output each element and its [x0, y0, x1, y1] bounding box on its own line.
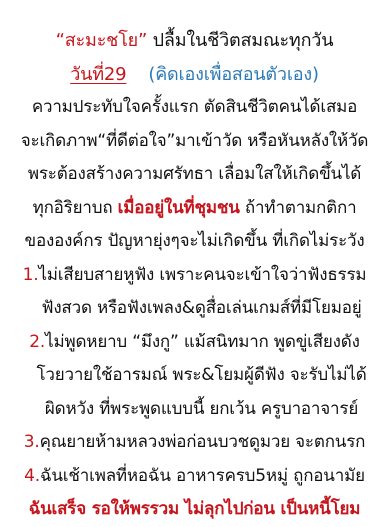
item-1-line-2: ฟังสวด หรือฟังเพลง&ดูสื่อเล่นเกมส์ที่มีโ…: [0, 292, 389, 326]
item-4-line-1: 4.ฉันเช้าเพลที่หอฉัน อาหารครบ5หมู่ ถูกอน…: [0, 460, 389, 494]
intro-line-3: พระต้องสร้างความศรัทธา เลื่อมใสให้เกิดขึ…: [0, 158, 389, 192]
item-2-line-2: โวยวายใช้อารมณ์ พระ&โยมผู้ดีฟัง จะรับไม่…: [0, 359, 389, 393]
intro-line-4-pre: ทุกอิริยาบถ: [33, 198, 118, 218]
intro-highlight: เมื่ออยู่ในที่ชุมชน: [118, 198, 240, 218]
item-2-line-1: 2.ไม่พูดหยาบ “มึงกู” แม้สนิทมาก พูดขู่เส…: [0, 326, 389, 360]
item-1-line-1: 1.ไม่เสียบสายหูฟัง เพราะคนจะเข้าใจว่าฟัง…: [0, 259, 389, 293]
item-number: 3.: [24, 432, 40, 452]
item-text: ฉันเช้าเพลที่หอฉัน อาหารครบ5หมู่ ถูกอนาม…: [40, 466, 365, 486]
title-text: ปลื้มในชีวิตสมณะทุกวัน: [147, 30, 333, 51]
item-number: 1.: [23, 265, 39, 285]
item-3-line-1: 3.คุณยายห้ามหลวงพ่อก่อนบวชดูมวย จะตกนรก: [0, 426, 389, 460]
closing-line: ฉันเสร็จ รอให้พรรวม ไม่ลุกไปก่อน เป็นหนี…: [0, 493, 389, 527]
intro-line-1: ความประทับใจครั้งแรก ตัดสินชีวิตคนได้เสม…: [0, 91, 389, 125]
intro-line-2: จะเกิดภาพ“ที่ดีต่อใจ”มาเข้าวัด หรือหันหล…: [0, 125, 389, 159]
item-number: 2.: [29, 332, 45, 352]
item-text: คุณยายห้ามหลวงพ่อก่อนบวชดูมวย จะตกนรก: [40, 432, 366, 452]
document-page: “สะมะชโย” ปลื้มในชีวิตสมณะทุกวัน วันที่2…: [0, 0, 389, 527]
subtitle-line: วันที่29(คิดเองเพื่อสอนตัวเอง): [0, 58, 389, 92]
item-2-line-3: ผิดหวัง ที่พระพูดแบบนี้ ยกเว้น ครูบาอาจา…: [0, 393, 389, 427]
title-quote-name: “สะมะชโย”: [56, 30, 147, 51]
subtitle-text: (คิดเองเพื่อสอนตัวเอง): [148, 64, 318, 85]
item-text: ไม่เสียบสายหูฟัง เพราะคนจะเข้าใจว่าฟังธร…: [38, 265, 366, 285]
item-number: 4.: [24, 466, 40, 486]
day-label: วันที่29: [70, 64, 126, 85]
intro-line-4-post: ถ้าทำตามกติกา: [240, 198, 357, 218]
item-text: ไม่พูดหยาบ “มึงกู” แม้สนิทมาก พูดขู่เสีย…: [45, 332, 360, 352]
title-line: “สะมะชโย” ปลื้มในชีวิตสมณะทุกวัน: [0, 24, 389, 58]
intro-line-5: ขององค์กร ปัญหายุ่งๆจะไม่เกิดขึ้น ที่เกิ…: [0, 225, 389, 259]
intro-line-4: ทุกอิริยาบถ เมื่ออยู่ในที่ชุมชน ถ้าทำตาม…: [0, 192, 389, 226]
